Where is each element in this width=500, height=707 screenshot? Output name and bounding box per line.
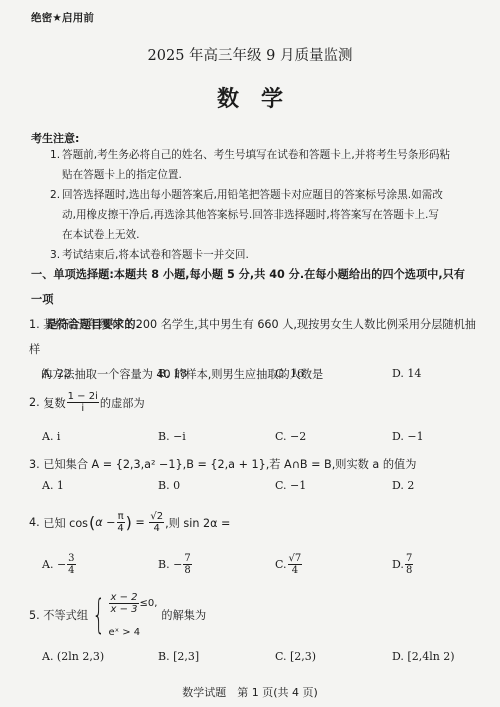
q4-option-c[interactable]: C. √74 [275,553,303,576]
q5-option-b[interactable]: B. [2,3] [158,650,199,663]
inequality-system: { x − 2x − 3≤0, eˣ > 4 [88,592,157,638]
subject-title: 数学 [0,82,500,113]
q5-option-d[interactable]: D. [2,4ln 2) [392,650,455,663]
q2-option-d[interactable]: D. −1 [392,430,424,443]
q2-option-c[interactable]: C. −2 [275,430,306,443]
notice-item-2: 2.回答选择题时,选出每小题答案后,用铅笔把答题卡对应题目的答案标号涂黑.如需改… [50,185,480,245]
q4-option-d[interactable]: D. 78 [392,553,414,576]
fraction: π4 [117,511,125,534]
q5-option-c[interactable]: C. [2,3) [275,650,316,663]
notice-heading: 考生注意: [31,130,79,146]
q1-option-b[interactable]: B. 18 [158,367,187,380]
q2-option-b[interactable]: B. −i [158,430,186,443]
fraction: √24 [149,511,164,534]
q3-option-c[interactable]: C. −1 [275,479,306,492]
question-5: 5. 不等式组 { x − 2x − 3≤0, eˣ > 4 的解集为 [29,592,206,638]
q1-option-d[interactable]: D. 14 [392,367,421,380]
notice-list: 1.答题前,考生务必将自己的姓名、考生号填写在试卷和答题卡上,并将考生号条形码粘… [50,145,480,265]
q5-option-a[interactable]: A. (2ln 2,3) [42,650,104,663]
question-3: 3. 已知集合 A = {2,3,a² −1},B = {2,a + 1},若 … [29,456,416,472]
notice-item-1: 1.答题前,考生务必将自己的姓名、考生号填写在试卷和答题卡上,并将考生号条形码粘… [50,145,480,185]
q2-option-a[interactable]: A. i [42,430,60,443]
confidential-label: 绝密★启用前 [31,10,94,25]
question-4: 4. 已知 cos (α − π4 ) = √24 ,则 sin 2α = [29,511,230,534]
fraction: 1 − 2ii [67,391,99,414]
left-brace-icon: { [92,595,105,635]
exam-title: 2025 年高三年级 9 月质量监测 [0,44,500,65]
q4-option-b[interactable]: B. − 78 [158,553,193,576]
q1-option-c[interactable]: C. 16 [275,367,304,380]
q3-option-a[interactable]: A. 1 [42,479,64,492]
q3-option-d[interactable]: D. 2 [392,479,414,492]
page-footer: 数学试题 第 1 页(共 4 页) [0,684,500,700]
q1-option-a[interactable]: A. 22 [42,367,71,380]
question-2: 2. 复数 1 − 2ii 的虚部为 [29,391,145,414]
q3-option-b[interactable]: B. 0 [158,479,180,492]
q4-option-a[interactable]: A. − 34 [42,553,77,576]
